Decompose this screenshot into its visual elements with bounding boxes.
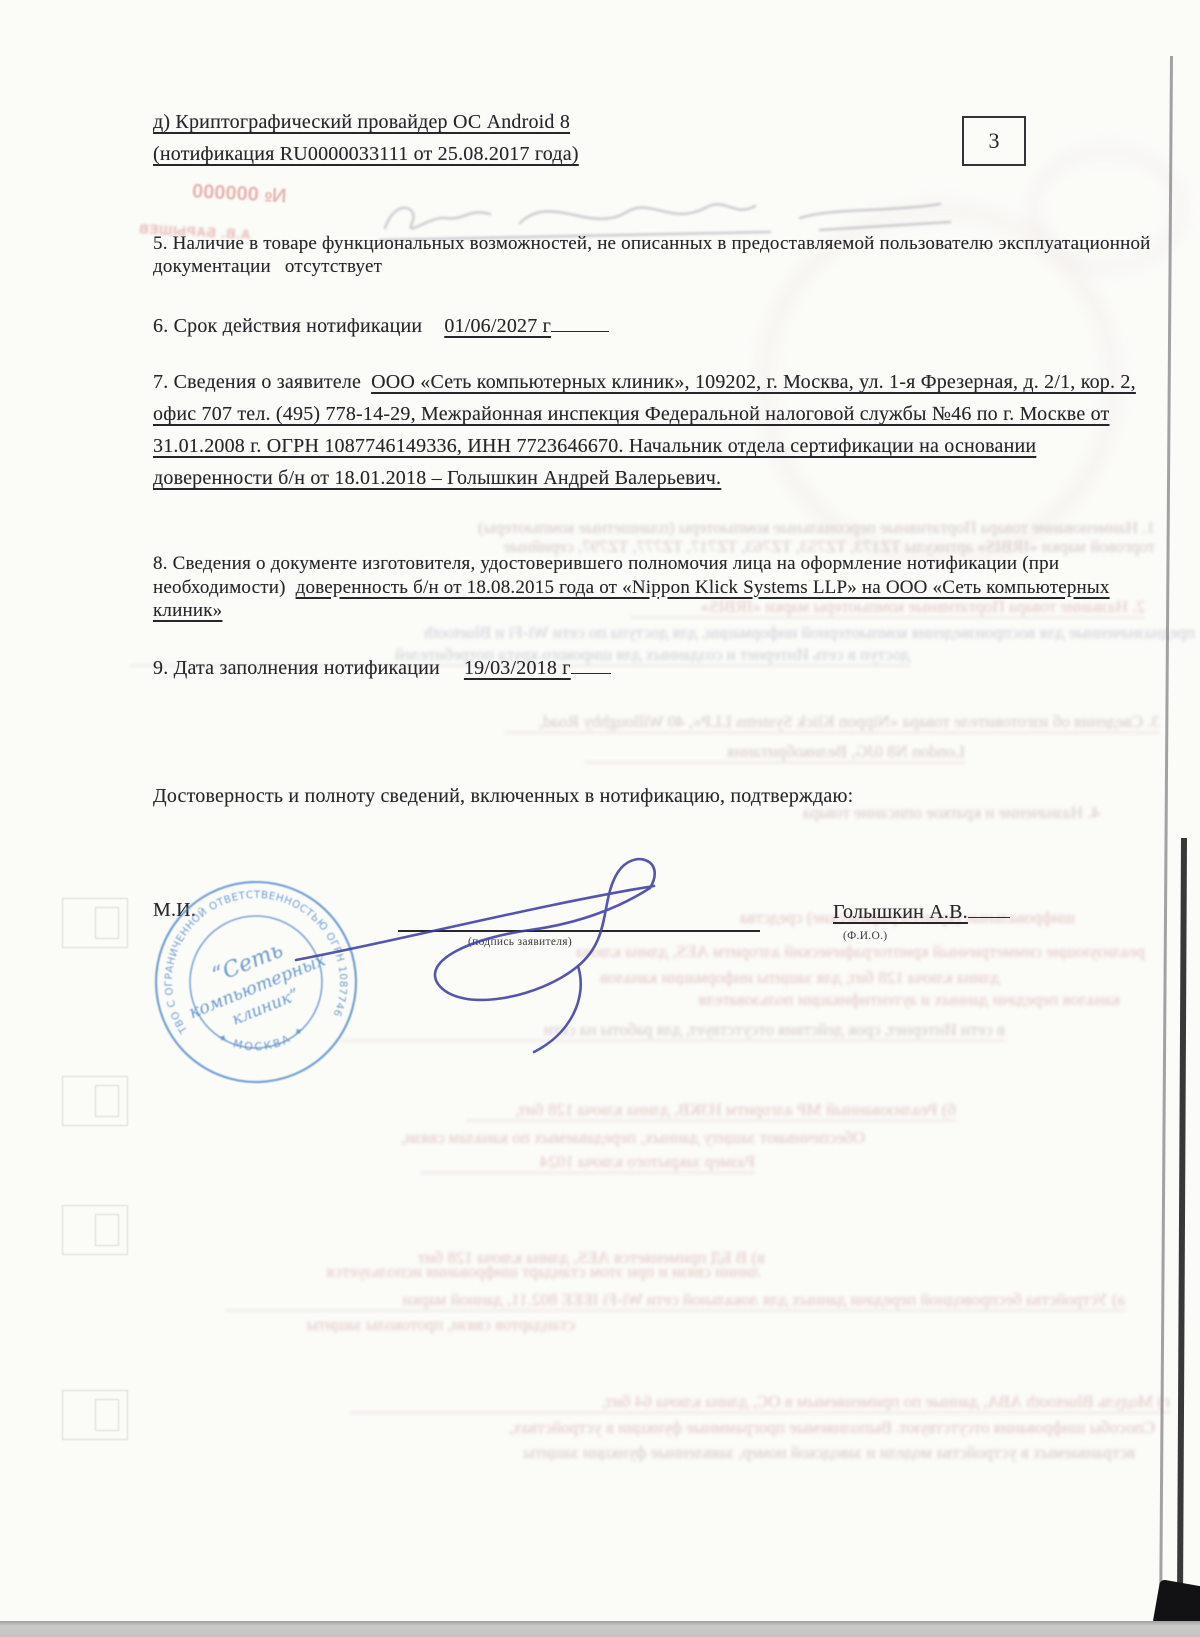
field-9-label: 9. Дата заполнения нотификации xyxy=(153,657,440,679)
field-6: 6. Срок действия нотификации01/06/2027 г xyxy=(153,310,1153,342)
field-8: 8. Сведения о документе изготовителя, уд… xyxy=(153,552,1153,623)
bleedthrough-line: Обеспечивают защиту данных, передаваемых… xyxy=(345,1128,865,1148)
signatory-name: Голышкин А.В. xyxy=(833,896,1010,928)
bleedthrough-line: 3. Сведения об изготовителе товара «Nipp… xyxy=(505,712,1160,733)
field-6-value: 01/06/2027 г xyxy=(444,315,551,337)
confirmation-line: Достоверность и полноту сведений, включе… xyxy=(153,780,1153,812)
field-6-label: 6. Срок действия нотификации xyxy=(153,315,422,337)
bleedthrough-line: 1. Наименование товара Портативные персо… xyxy=(385,518,1155,538)
signatory-name-text: Голышкин А.В. xyxy=(833,901,968,923)
field-9-value: 19/03/2018 г xyxy=(464,657,571,679)
name-caption: (Ф.И.О.) xyxy=(843,930,887,942)
field-5: 5. Наличие в товаре функциональных возмо… xyxy=(153,232,1163,278)
field-7: 7. Сведения о заявителеООО «Сеть компьют… xyxy=(153,366,1161,494)
bleedthrough-line: предназначенные для воспроизведения комп… xyxy=(120,623,1195,643)
red-stamp-bleedthrough-number: № 000000 xyxy=(191,181,287,209)
bleedthrough-line: встраиваемых в устройства модели и завод… xyxy=(235,1443,1135,1463)
bleedthrough-line: Способы шифрования отсутствуют. Выполняе… xyxy=(225,1418,1155,1438)
handwritten-signature xyxy=(282,842,712,1072)
field-9: 9. Дата заполнения нотификации19/03/2018… xyxy=(153,652,1153,684)
scanned-notification-page: № 000000 А.В. БАРЫШЕВ 1. Наименование то… xyxy=(0,0,1200,1637)
bleedthrough-box xyxy=(62,1076,128,1126)
bleedthrough-line: б) Реализованный МР алгоритм НЗКВ, длина… xyxy=(466,1100,956,1121)
bleedthrough-box xyxy=(62,1390,128,1440)
bleedthrough-line: Размер закрытого ключа 1024 xyxy=(420,1152,755,1173)
bleedthrough-line: линии связи и при этом стандарт шифрован… xyxy=(210,1262,760,1282)
bleedthrough-box xyxy=(62,1205,128,1255)
header-line2: (нотификация RU0000033111 от 25.08.2017 … xyxy=(153,143,579,165)
field-5-value: отсутствует xyxy=(285,256,382,277)
field-7-label: 7. Сведения о заявителе xyxy=(153,371,361,393)
bleedthrough-line: г) Модуль Bluetooth АВА, данные по приме… xyxy=(350,1392,1170,1413)
scan-bottom-band xyxy=(0,1621,1200,1637)
scan-edge-line xyxy=(1159,56,1173,1616)
document-header: д) Криптографический провайдер ОС Androi… xyxy=(153,106,853,170)
bleedthrough-line: в) В БД применяется AES, длина ключа 128… xyxy=(265,1248,765,1268)
bleedthrough-line: а) Устройства беспроводной передачи данн… xyxy=(225,1290,1125,1311)
page-number-box: 3 xyxy=(962,116,1026,166)
header-line1: д) Криптографический провайдер ОС Androi… xyxy=(153,111,570,133)
field-8-value: доверенность б/н от 18.08.2015 года от «… xyxy=(153,577,1110,622)
bleedthrough-line: London N8 0JG, Великобритания xyxy=(585,742,965,763)
bleedthrough-box xyxy=(62,898,128,948)
bleedthrough-line: стандартов связи, протоколы защиты xyxy=(225,1315,575,1335)
scan-edge-shadow xyxy=(1177,838,1187,1628)
